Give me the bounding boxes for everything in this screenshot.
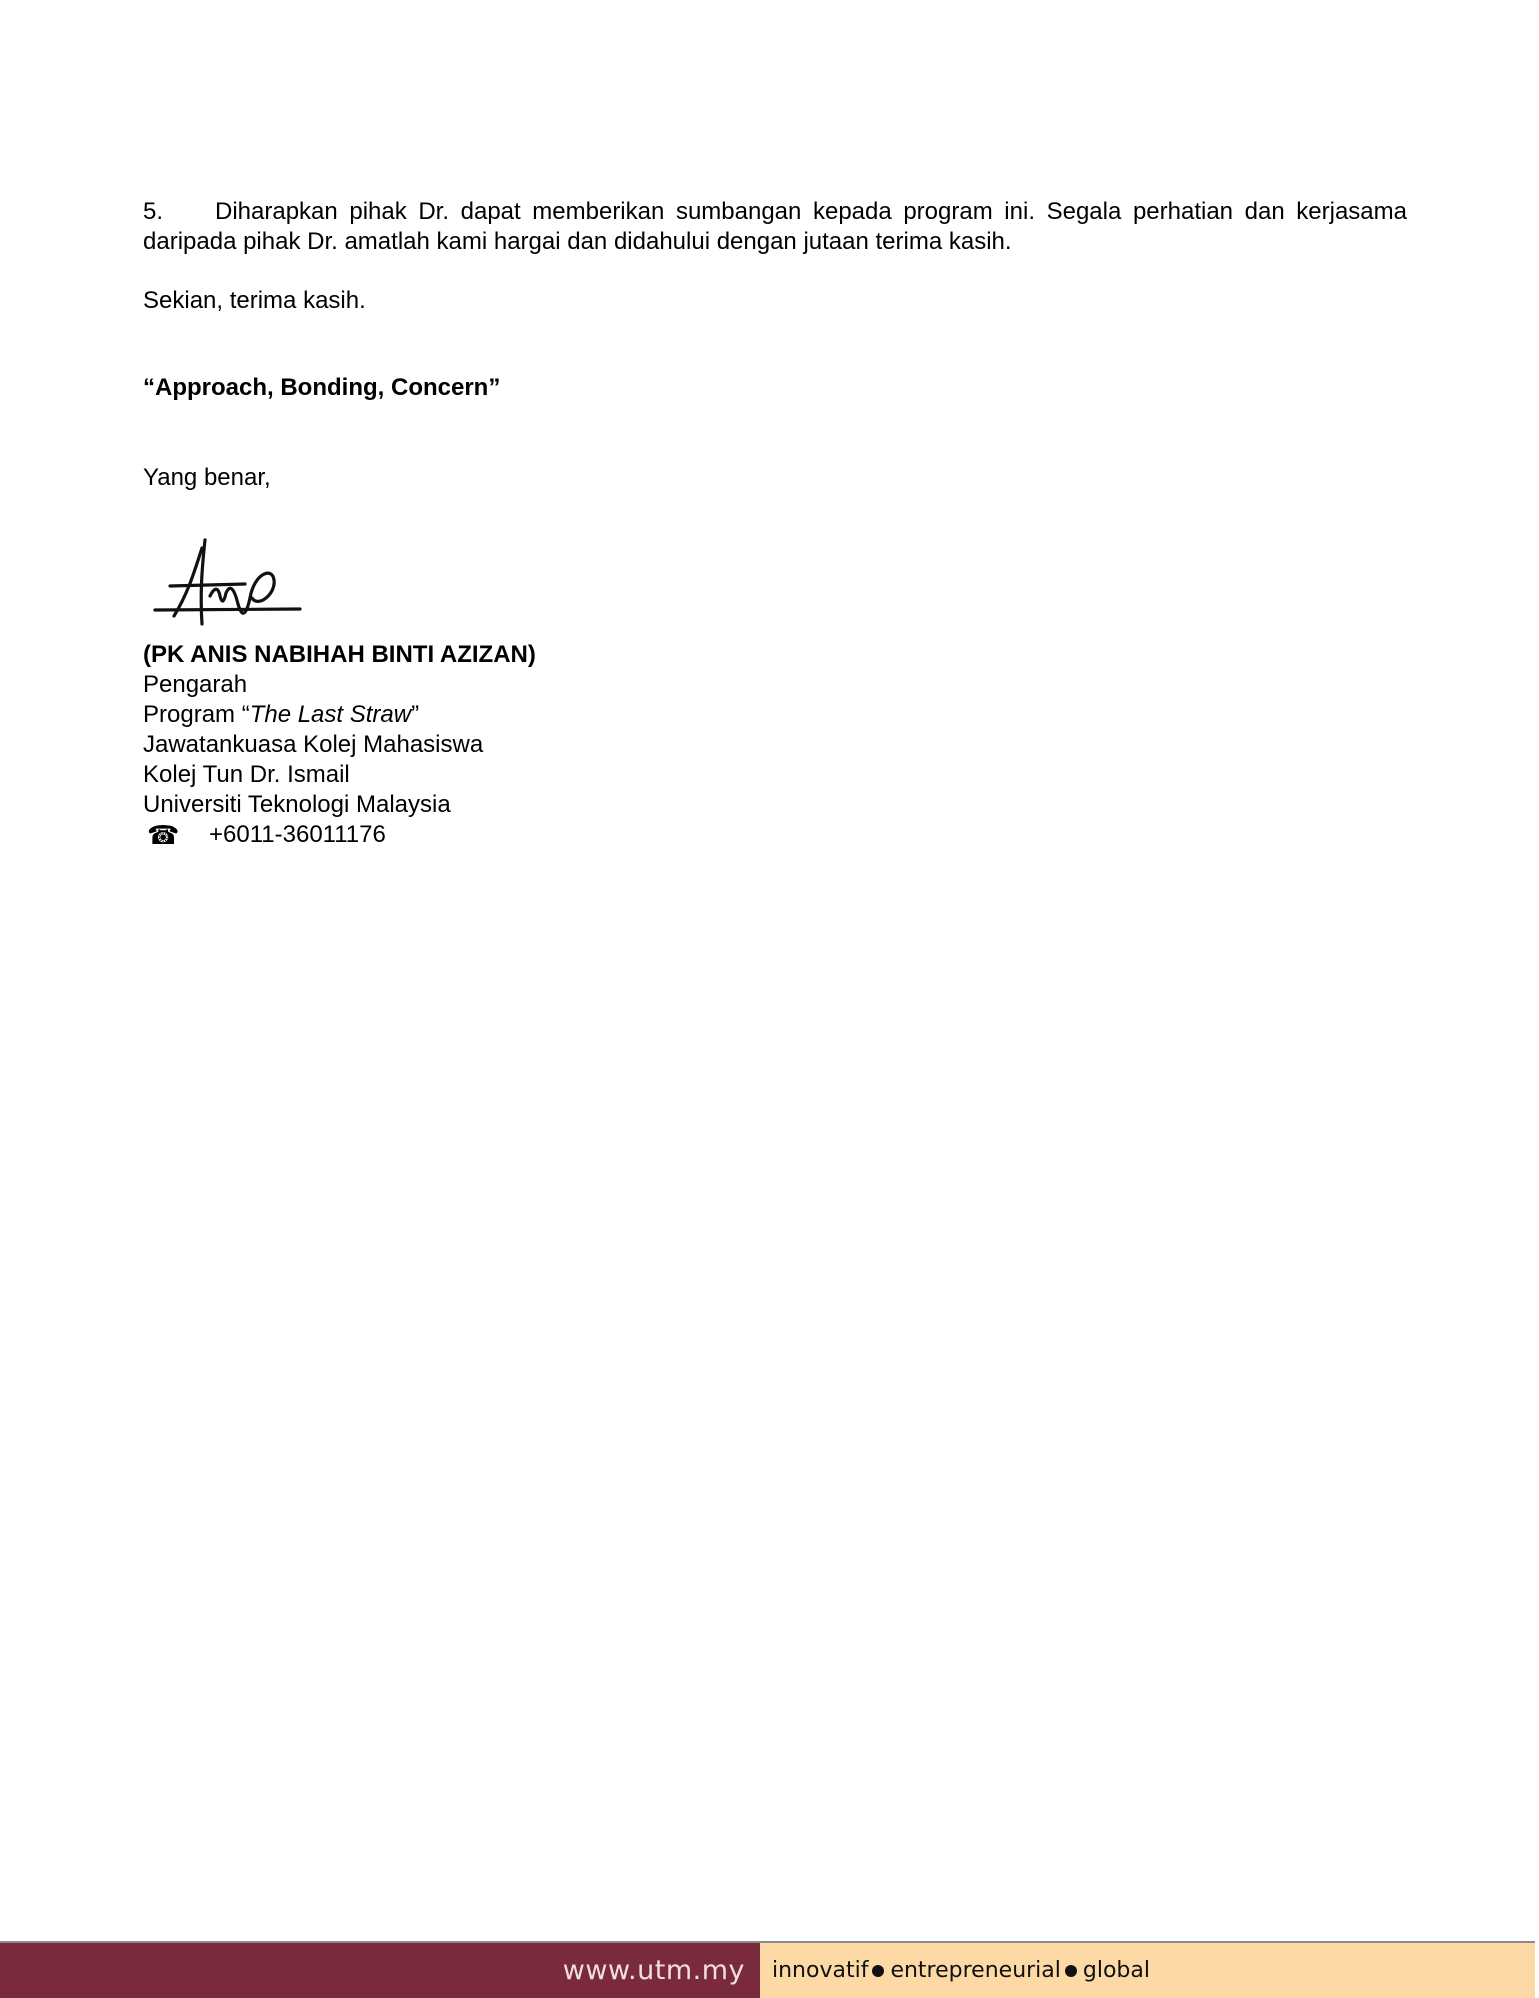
phone-row: ☎ +6011-36011176	[143, 820, 536, 850]
footer-url-band: www.utm.my	[0, 1943, 760, 1998]
footer-tagline-band: innovatif entrepreneurial global	[760, 1943, 1535, 1998]
tagline-word: innovatif	[772, 1958, 868, 1983]
phone-number: +6011-36011176	[209, 820, 386, 850]
bullet-dot-icon	[872, 1965, 884, 1977]
program-name: The Last Straw	[250, 701, 411, 728]
tagline-word: entrepreneurial	[890, 1958, 1060, 1983]
signatory-program: Program “The Last Straw”	[143, 700, 536, 730]
telephone-icon: ☎	[143, 820, 209, 850]
signatory-title: Pengarah	[143, 670, 536, 700]
bullet-dot-icon	[1065, 1965, 1077, 1977]
footer-url-link[interactable]: www.utm.my	[563, 1955, 745, 1986]
letter-page: 5.Diharapkan pihak Dr. dapat memberikan …	[0, 0, 1539, 1998]
paragraph-5: 5.Diharapkan pihak Dr. dapat memberikan …	[143, 197, 1407, 257]
signature-icon	[150, 538, 310, 626]
salutation: Yang benar,	[143, 463, 271, 493]
signatory-committee: Jawatankuasa Kolej Mahasiswa	[143, 730, 536, 760]
paragraph-number: 5.	[143, 197, 215, 227]
program-prefix: Program “	[143, 701, 250, 728]
signatory-block: (PK ANIS NABIHAH BINTI AZIZAN) Pengarah …	[143, 640, 536, 850]
paragraph-text: Diharapkan pihak Dr. dapat memberikan su…	[143, 198, 1407, 255]
signatory-university: Universiti Teknologi Malaysia	[143, 790, 536, 820]
closing-text: Sekian, terima kasih.	[143, 286, 366, 316]
motto: “Approach, Bonding, Concern”	[143, 373, 500, 403]
signatory-college: Kolej Tun Dr. Ismail	[143, 760, 536, 790]
program-suffix: ”	[411, 701, 419, 728]
signatory-name: (PK ANIS NABIHAH BINTI AZIZAN)	[143, 640, 536, 670]
tagline-word: global	[1083, 1958, 1150, 1983]
footer-tagline: innovatif entrepreneurial global	[772, 1958, 1150, 1983]
